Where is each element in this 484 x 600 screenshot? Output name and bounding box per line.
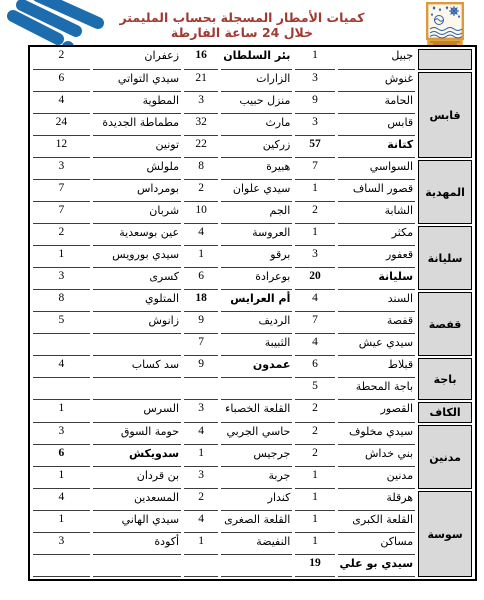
- station-name-cell: زانوش: [93, 314, 181, 334]
- rain-value-cell: 4: [33, 491, 90, 511]
- rain-value-cell: 6: [184, 270, 218, 290]
- rain-value-cell: 7: [33, 204, 90, 224]
- table-row: سوسةهرقلة1كندار2المسعدين4: [33, 491, 472, 511]
- rain-value-cell: 57: [295, 138, 334, 158]
- station-name-cell: بوعرادة: [221, 270, 292, 290]
- region-cell: [418, 49, 472, 70]
- rain-value-cell: 3: [295, 248, 334, 268]
- table-row: باجةقبلاط6عمدون9سد كساب4: [33, 358, 472, 378]
- table-row: بني خداش2جرجيس1سدويكش6: [33, 447, 472, 467]
- rain-value-cell: [33, 557, 90, 577]
- region-cell: باجة: [418, 358, 472, 400]
- rain-value-cell: [33, 380, 90, 400]
- region-cell: قفصة: [418, 292, 472, 356]
- table-row: قصور الساف1سيدي علوان2بومرداس7: [33, 182, 472, 202]
- met-emblem-icon: [426, 2, 464, 46]
- rain-value-cell: [184, 557, 218, 577]
- region-cell: المهدية: [418, 160, 472, 224]
- station-name-cell: الشابة: [338, 204, 416, 224]
- region-cell: الكاف: [418, 402, 472, 423]
- station-name-cell: بني خداش: [338, 447, 416, 467]
- rain-value-cell: 1: [33, 513, 90, 533]
- station-name-cell: بن قردان: [93, 469, 181, 489]
- station-name-cell: [221, 557, 292, 577]
- rain-value-cell: 19: [295, 557, 334, 577]
- rain-value-cell: 3: [184, 94, 218, 114]
- station-name-cell: مكثر: [338, 226, 416, 246]
- rain-value-cell: 18: [184, 292, 218, 312]
- rain-value-cell: 5: [295, 380, 334, 400]
- table-row: القلعة الكبرى1القلعة الصغرى4سيدي الهاني1: [33, 513, 472, 533]
- rain-value-cell: 2: [33, 226, 90, 246]
- station-name-cell: [93, 557, 181, 577]
- station-name-cell: مطماطة الجديدة: [93, 116, 181, 136]
- station-name-cell: تونين: [93, 138, 181, 158]
- rain-value-cell: 2: [295, 447, 334, 467]
- rain-value-cell: 6: [295, 358, 334, 378]
- rain-value-cell: 10: [184, 204, 218, 224]
- station-name-cell: سيدي بورويس: [93, 248, 181, 268]
- rain-value-cell: 7: [33, 182, 90, 202]
- rainfall-table-body: جبيل1بئر السلطان16زعفران2قابسغنوش3الزارا…: [33, 49, 472, 577]
- region-cell: سوسة: [418, 491, 472, 577]
- station-name-cell: [221, 380, 292, 400]
- table-row: المهديةالسواسي7هبيرة8ملولش3: [33, 160, 472, 180]
- rain-value-cell: 3: [184, 402, 218, 423]
- rain-value-cell: 1: [295, 49, 334, 70]
- station-name-cell: السند: [338, 292, 416, 312]
- rain-value-cell: 4: [33, 94, 90, 114]
- rain-value-cell: 24: [33, 116, 90, 136]
- rain-value-cell: 7: [295, 160, 334, 180]
- station-name-cell: كسرى: [93, 270, 181, 290]
- rain-value-cell: 1: [295, 535, 334, 555]
- rain-value-cell: 3: [295, 116, 334, 136]
- station-name-cell: برقو: [221, 248, 292, 268]
- rain-value-cell: 7: [295, 314, 334, 334]
- rain-value-cell: 12: [33, 138, 90, 158]
- station-name-cell: سليانة: [338, 270, 416, 290]
- station-name-cell: مدنين: [338, 469, 416, 489]
- rain-value-cell: 1: [33, 402, 90, 423]
- rain-value-cell: 6: [33, 72, 90, 92]
- station-name-cell: هبيرة: [221, 160, 292, 180]
- rainfall-report-page: كميات الأمطار المسجلة بحساب المليمتر خلا…: [0, 0, 484, 600]
- station-name-cell: زركين: [221, 138, 292, 158]
- station-name-cell: حاسي الجربي: [221, 425, 292, 445]
- station-name-cell: [93, 380, 181, 400]
- rain-value-cell: 4: [295, 292, 334, 312]
- rain-value-cell: 1: [184, 248, 218, 268]
- station-name-cell: كتانة: [338, 138, 416, 158]
- rain-value-cell: 2: [295, 402, 334, 423]
- rain-value-cell: [33, 336, 90, 356]
- rain-value-cell: 32: [184, 116, 218, 136]
- station-name-cell: بومرداس: [93, 182, 181, 202]
- table-row: الكافالقصور2القلعة الخصباء3السرس1: [33, 402, 472, 423]
- rain-value-cell: 3: [33, 160, 90, 180]
- station-name-cell: الثبيبة: [221, 336, 292, 356]
- station-name-cell: سيدي علوان: [221, 182, 292, 202]
- table-row: الحامة9منزل حبيب3المطوية4: [33, 94, 472, 114]
- rain-value-cell: 3: [184, 469, 218, 489]
- station-name-cell: عمدون: [221, 358, 292, 378]
- station-name-cell: السواسي: [338, 160, 416, 180]
- station-name-cell: حومة السوق: [93, 425, 181, 445]
- station-name-cell: المسعدين: [93, 491, 181, 511]
- rain-value-cell: 5: [33, 314, 90, 334]
- station-name-cell: سدويكش: [93, 447, 181, 467]
- table-row: قفصةالسند4أم العرايس18المتلوي8: [33, 292, 472, 312]
- rain-value-cell: 2: [184, 491, 218, 511]
- table-row: سليانةمكثر1العروسة4عين بوسعدية2: [33, 226, 472, 246]
- station-name-cell: هرقلة: [338, 491, 416, 511]
- station-name-cell: مارث: [221, 116, 292, 136]
- station-name-cell: الرديف: [221, 314, 292, 334]
- station-name-cell: سيدي عيش: [338, 336, 416, 356]
- rain-value-cell: 7: [184, 336, 218, 356]
- rain-value-cell: 1: [295, 469, 334, 489]
- rain-value-cell: 1: [295, 513, 334, 533]
- report-header: كميات الأمطار المسجلة بحساب المليمتر خلا…: [0, 0, 484, 45]
- table-row: الشابة2الجم10شربان7: [33, 204, 472, 224]
- station-name-cell: القصور: [338, 402, 416, 423]
- rain-value-cell: 1: [295, 182, 334, 202]
- station-name-cell: القلعة الخصباء: [221, 402, 292, 423]
- station-name-cell: منزل حبيب: [221, 94, 292, 114]
- station-name-cell: زعفران: [93, 49, 181, 70]
- station-name-cell: ملولش: [93, 160, 181, 180]
- rain-value-cell: 22: [184, 138, 218, 158]
- station-name-cell: قصور الساف: [338, 182, 416, 202]
- station-name-cell: قبلاط: [338, 358, 416, 378]
- rain-value-cell: 4: [295, 336, 334, 356]
- table-row: كتانة57زركين22تونين12: [33, 138, 472, 158]
- rain-value-cell: 1: [295, 226, 334, 246]
- station-name-cell: سيدي التواتي: [93, 72, 181, 92]
- rain-value-cell: [184, 380, 218, 400]
- table-row: سيدي عيش4الثبيبة7: [33, 336, 472, 356]
- rain-value-cell: 1: [184, 535, 218, 555]
- table-row: جبيل1بئر السلطان16زعفران2: [33, 49, 472, 70]
- station-name-cell: سيدي مخلوف: [338, 425, 416, 445]
- rain-value-cell: 3: [33, 270, 90, 290]
- table-row: مساكن1النفيضة1أكودة3: [33, 535, 472, 555]
- station-name-cell: قعفور: [338, 248, 416, 268]
- rain-value-cell: 2: [184, 182, 218, 202]
- station-name-cell: كندار: [221, 491, 292, 511]
- station-name-cell: جرجيس: [221, 447, 292, 467]
- station-name-cell: عين بوسعدية: [93, 226, 181, 246]
- rain-value-cell: 3: [33, 425, 90, 445]
- rain-value-cell: 21: [184, 72, 218, 92]
- region-cell: مدنين: [418, 425, 472, 489]
- station-name-cell: جبيل: [338, 49, 416, 70]
- station-name-cell: العروسة: [221, 226, 292, 246]
- rain-value-cell: 3: [33, 535, 90, 555]
- station-name-cell: السرس: [93, 402, 181, 423]
- station-name-cell: غنوش: [338, 72, 416, 92]
- station-name-cell: الجم: [221, 204, 292, 224]
- station-name-cell: بئر السلطان: [221, 49, 292, 70]
- station-name-cell: سيدي بو علي: [338, 557, 416, 577]
- table-row: قابس3مارث32مطماطة الجديدة24: [33, 116, 472, 136]
- rain-value-cell: 9: [184, 358, 218, 378]
- station-name-cell: الزارات: [221, 72, 292, 92]
- rain-value-cell: 3: [295, 72, 334, 92]
- rain-value-cell: 16: [184, 49, 218, 70]
- rain-value-cell: 1: [33, 248, 90, 268]
- rain-value-cell: 6: [33, 447, 90, 467]
- station-name-cell: سيدي الهاني: [93, 513, 181, 533]
- station-name-cell: سد كساب: [93, 358, 181, 378]
- region-cell: سليانة: [418, 226, 472, 290]
- table-row: سيدي بو علي19: [33, 557, 472, 577]
- station-name-cell: قابس: [338, 116, 416, 136]
- title-line-1: كميات الأمطار المسجلة بحساب المليمتر: [110, 10, 374, 25]
- station-name-cell: باجة المحطة: [338, 380, 416, 400]
- rain-value-cell: 2: [295, 204, 334, 224]
- rain-value-cell: 2: [33, 49, 90, 70]
- rain-value-cell: 20: [295, 270, 334, 290]
- station-name-cell: القلعة الكبرى: [338, 513, 416, 533]
- station-name-cell: أكودة: [93, 535, 181, 555]
- table-row: قابسغنوش3الزارات21سيدي التواتي6: [33, 72, 472, 92]
- rain-value-cell: 4: [184, 425, 218, 445]
- table-row: مدنين1جربة3بن قردان1: [33, 469, 472, 489]
- station-name-cell: [93, 336, 181, 356]
- table-row: باجة المحطة5: [33, 380, 472, 400]
- rain-value-cell: 4: [33, 358, 90, 378]
- rain-value-cell: 1: [184, 447, 218, 467]
- table-row: قعفور3برقو1سيدي بورويس1: [33, 248, 472, 268]
- rain-value-cell: 9: [295, 94, 334, 114]
- rain-value-cell: 4: [184, 513, 218, 533]
- station-name-cell: المتلوي: [93, 292, 181, 312]
- station-name-cell: أم العرايس: [221, 292, 292, 312]
- table-row: مدنينسيدي مخلوف2حاسي الجربي4حومة السوق3: [33, 425, 472, 445]
- station-name-cell: الحامة: [338, 94, 416, 114]
- station-name-cell: شربان: [93, 204, 181, 224]
- rain-value-cell: 9: [184, 314, 218, 334]
- page-title: كميات الأمطار المسجلة بحساب المليمتر خلا…: [110, 10, 374, 40]
- table-row: قفصة7الرديف9زانوش5: [33, 314, 472, 334]
- rainfall-table: جبيل1بئر السلطان16زعفران2قابسغنوش3الزارا…: [28, 45, 477, 581]
- station-name-cell: القلعة الصغرى: [221, 513, 292, 533]
- title-line-2: خلال 24 ساعة الفارطة: [110, 25, 374, 40]
- station-name-cell: مساكن: [338, 535, 416, 555]
- rain-value-cell: 8: [33, 292, 90, 312]
- region-cell: قابس: [418, 72, 472, 158]
- rain-value-cell: 4: [184, 226, 218, 246]
- station-name-cell: قفصة: [338, 314, 416, 334]
- table-row: سليانة20بوعرادة6كسرى3: [33, 270, 472, 290]
- rain-value-cell: 2: [295, 425, 334, 445]
- station-name-cell: المطوية: [93, 94, 181, 114]
- rain-value-cell: 1: [295, 491, 334, 511]
- station-name-cell: جربة: [221, 469, 292, 489]
- rain-value-cell: 8: [184, 160, 218, 180]
- rain-value-cell: 1: [33, 469, 90, 489]
- station-name-cell: النفيضة: [221, 535, 292, 555]
